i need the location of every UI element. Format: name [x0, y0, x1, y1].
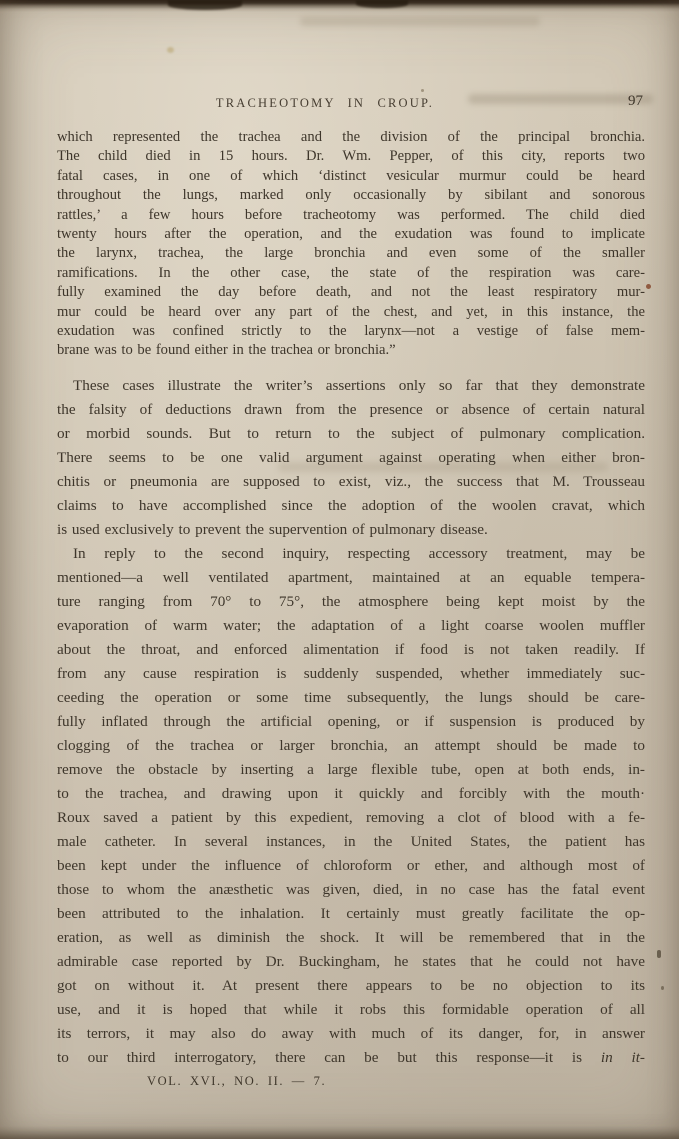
text-line: from any cause respiration is suddenly s…: [57, 662, 645, 686]
text-line: to our third interrogatory, there can be…: [57, 1046, 645, 1070]
text-line: admirable case reported by Dr. Buckingha…: [57, 950, 645, 974]
text-line: those to whom the anæsthetic was given, …: [57, 878, 645, 902]
text-line: use, and it is hoped that while it robs …: [57, 998, 645, 1022]
text-line: brane was to be found either in the trac…: [57, 341, 645, 360]
paper-speck: [657, 950, 661, 958]
text-line: The child died in 15 hours. Dr. Wm. Pepp…: [57, 147, 645, 166]
paper-speck: [661, 986, 664, 990]
text-line: rattles,’ a few hours before tracheotomy…: [57, 206, 645, 225]
text-line: the larynx, trachea, the large bronchia …: [57, 244, 645, 263]
text-line: clogging of the trachea or larger bronch…: [57, 734, 645, 758]
text-line: chitis or pneumonia are supposed to exis…: [57, 470, 645, 494]
text-line: is used exclusively to prevent the super…: [57, 518, 645, 542]
text-line: its terrors, it may also do away with mu…: [57, 1022, 645, 1046]
page-body-text: which represented the trachea and the di…: [57, 128, 645, 1070]
volume-signature: VOL. XVI., NO. II. — 7.: [147, 1074, 326, 1088]
text-line: eration, as well as diminish the shock. …: [57, 926, 645, 950]
text-line: claims to have accomplished since the ad…: [57, 494, 645, 518]
text-line: Roux saved a patient by this expedient, …: [57, 806, 645, 830]
volume-footer: VOL. XVI., NO. II. — 7.: [57, 1074, 645, 1089]
text-line: There seems to be one valid argument aga…: [57, 446, 645, 470]
text-line: These cases illustrate the writer’s asse…: [57, 374, 645, 398]
text-line: fully examined the day before death, and…: [57, 283, 645, 302]
text-line: got on without it. At present there appe…: [57, 974, 645, 998]
text-line: fully inflated through the artificial op…: [57, 710, 645, 734]
text-line: mentioned—a well ventilated apartment, m…: [57, 566, 645, 590]
running-header: TRACHEOTOMY IN CROUP. 97: [57, 96, 645, 116]
text-line: which represented the trachea and the di…: [57, 128, 645, 147]
paper-speck: [421, 89, 424, 92]
text-line: ceeding the operation or some time subse…: [57, 686, 645, 710]
paper-speck: [167, 47, 174, 53]
page-top-edge: [0, 0, 679, 12]
text-line: the falsity of deductions drawn from the…: [57, 398, 645, 422]
text-line: twenty hours after the operation, and th…: [57, 225, 645, 244]
book-page-scan: TRACHEOTOMY IN CROUP. 97 which represent…: [0, 0, 679, 1139]
running-header-title: TRACHEOTOMY IN CROUP.: [216, 96, 434, 111]
text-line: In reply to the second inquiry, respecti…: [57, 542, 645, 566]
text-line: been kept under the influence of chlorof…: [57, 854, 645, 878]
show-through-smudge: [300, 17, 540, 26]
text-line: remove the obstacle by inserting a large…: [57, 758, 645, 782]
text-line: about the throat, and enforced alimentat…: [57, 638, 645, 662]
page-bottom-edge: [0, 1126, 679, 1139]
text-line: mur could be heard over any part of the …: [57, 303, 645, 322]
text-line: ramifications. In the other case, the st…: [57, 264, 645, 283]
text-line: or morbid sounds. But to return to the s…: [57, 422, 645, 446]
text-line: male catheter. In several instances, in …: [57, 830, 645, 854]
paragraph: These cases illustrate the writer’s asse…: [57, 374, 645, 542]
text-line: exudation was confined strictly to the l…: [57, 322, 645, 341]
text-line: fatal cases, in one of which ‘distinct v…: [57, 167, 645, 186]
paragraph: which represented the trachea and the di…: [57, 128, 645, 361]
text-line: ture ranging from 70° to 75°, the atmosp…: [57, 590, 645, 614]
text-line: throughout the lungs, marked only occasi…: [57, 186, 645, 205]
text-line: been attributed to the inhalation. It ce…: [57, 902, 645, 926]
paragraph: In reply to the second inquiry, respecti…: [57, 542, 645, 1070]
page-top-edge-shadow: [356, 0, 408, 8]
page-number: 97: [628, 93, 643, 110]
page-top-edge-shadow: [168, 0, 242, 10]
paper-speck: [646, 284, 651, 289]
text-line: to the trachea, and drawing upon it quic…: [57, 782, 645, 806]
text-line: evaporation of warm water; the adaptatio…: [57, 614, 645, 638]
